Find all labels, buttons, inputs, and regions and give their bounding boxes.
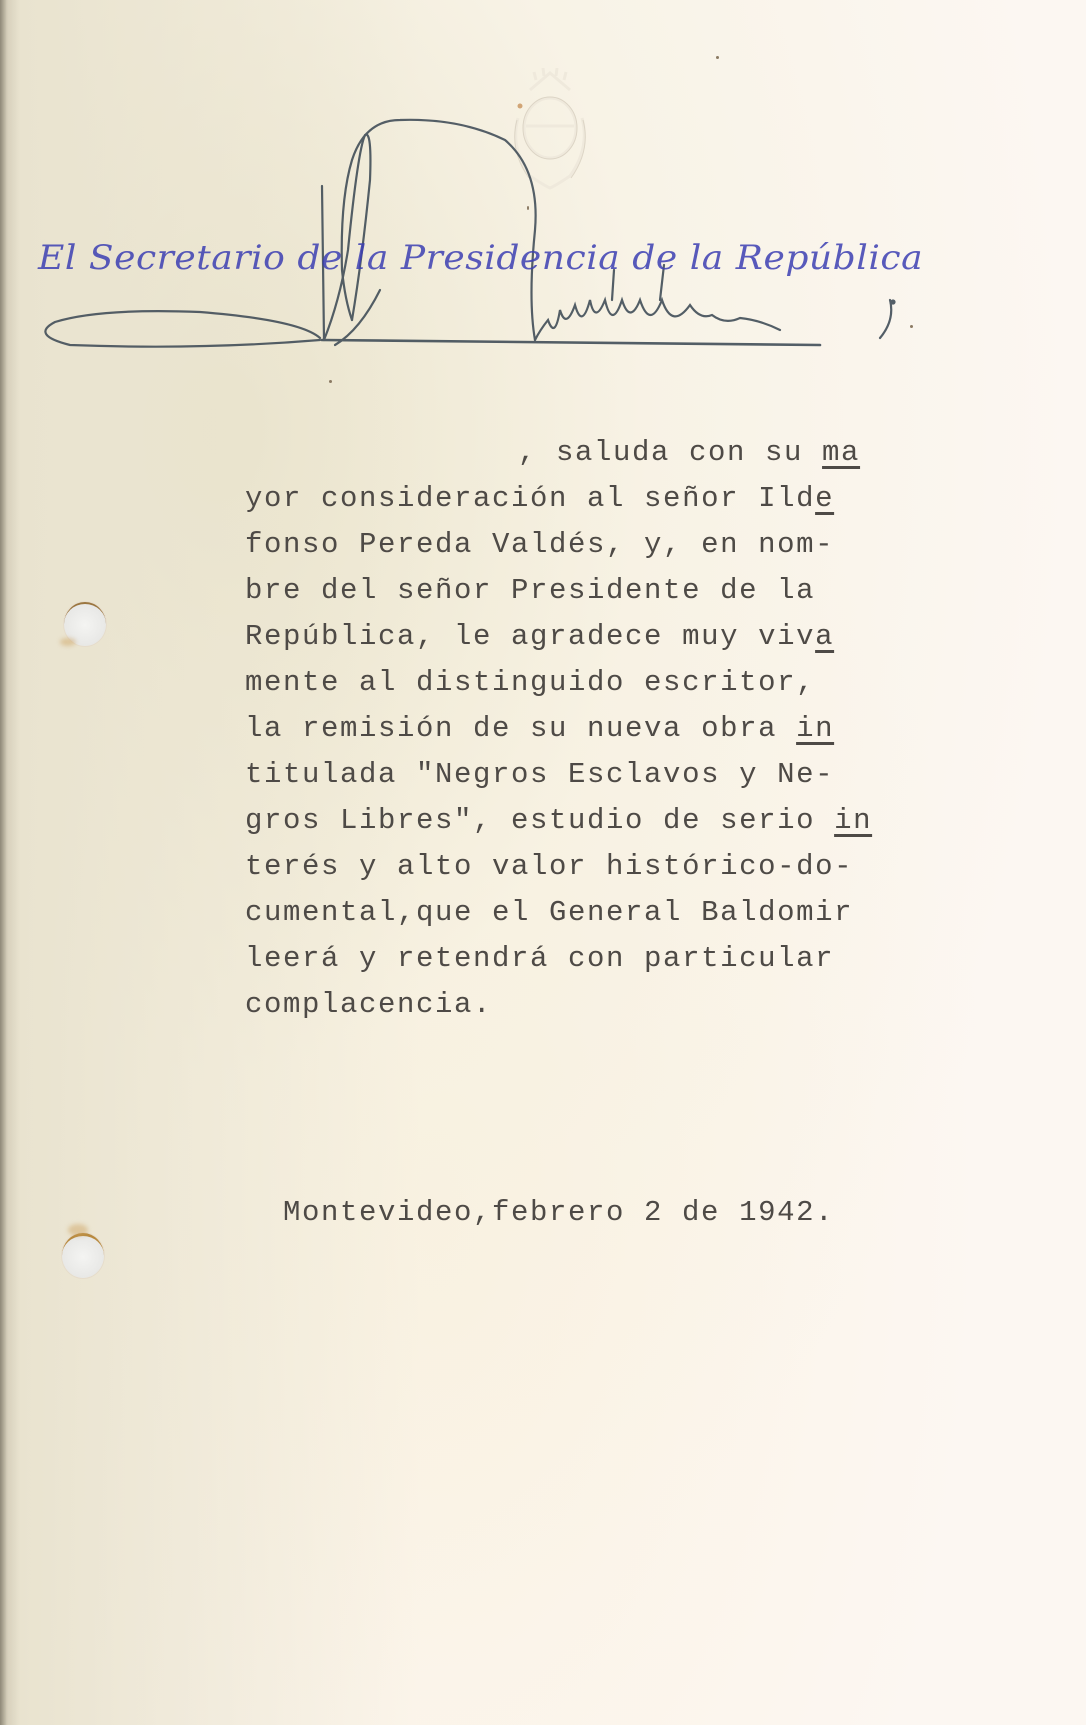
body-line: República, le agradece muy viva bbox=[245, 614, 965, 660]
embossed-coat-of-arms-icon bbox=[500, 68, 600, 198]
body-line: fonso Pereda Valdés, y, en nom- bbox=[245, 522, 965, 568]
handwritten-signature bbox=[0, 0, 1086, 400]
rust-stain bbox=[68, 1224, 88, 1236]
body-line: titulada "Negros Esclavos y Ne- bbox=[245, 752, 965, 798]
body-line: cumental,que el General Baldomir bbox=[245, 890, 965, 936]
body-line: leerá y retendrá con particular bbox=[245, 936, 965, 982]
rust-stain bbox=[60, 638, 76, 646]
letter-body: , saluda con su ma yor consideración al … bbox=[245, 430, 965, 1028]
date-line: Montevideo,febrero 2 de 1942. bbox=[283, 1196, 834, 1229]
body-line: la remisión de su nueva obra in bbox=[245, 706, 965, 752]
body-line: complacencia. bbox=[245, 982, 965, 1028]
paper-speck bbox=[910, 325, 913, 328]
page-left-edge-shadow bbox=[0, 0, 6, 1725]
paper-speck bbox=[329, 380, 332, 383]
punch-hole-lower bbox=[62, 1233, 104, 1278]
body-line: gros Libres", estudio de serio in bbox=[245, 798, 965, 844]
paper-speck bbox=[527, 206, 529, 210]
body-line: , saluda con su ma bbox=[245, 430, 965, 476]
body-line: mente al distinguido escritor, bbox=[245, 660, 965, 706]
body-line: terés y alto valor histórico-do- bbox=[245, 844, 965, 890]
paper-speck bbox=[716, 56, 719, 59]
letterhead-title: El Secretario de la Presidencia de la Re… bbox=[38, 238, 923, 278]
document-page: El Secretario de la Presidencia de la Re… bbox=[0, 0, 1086, 1725]
body-line: bre del señor Presidente de la bbox=[245, 568, 965, 614]
body-line: yor consideración al señor Ilde bbox=[245, 476, 965, 522]
